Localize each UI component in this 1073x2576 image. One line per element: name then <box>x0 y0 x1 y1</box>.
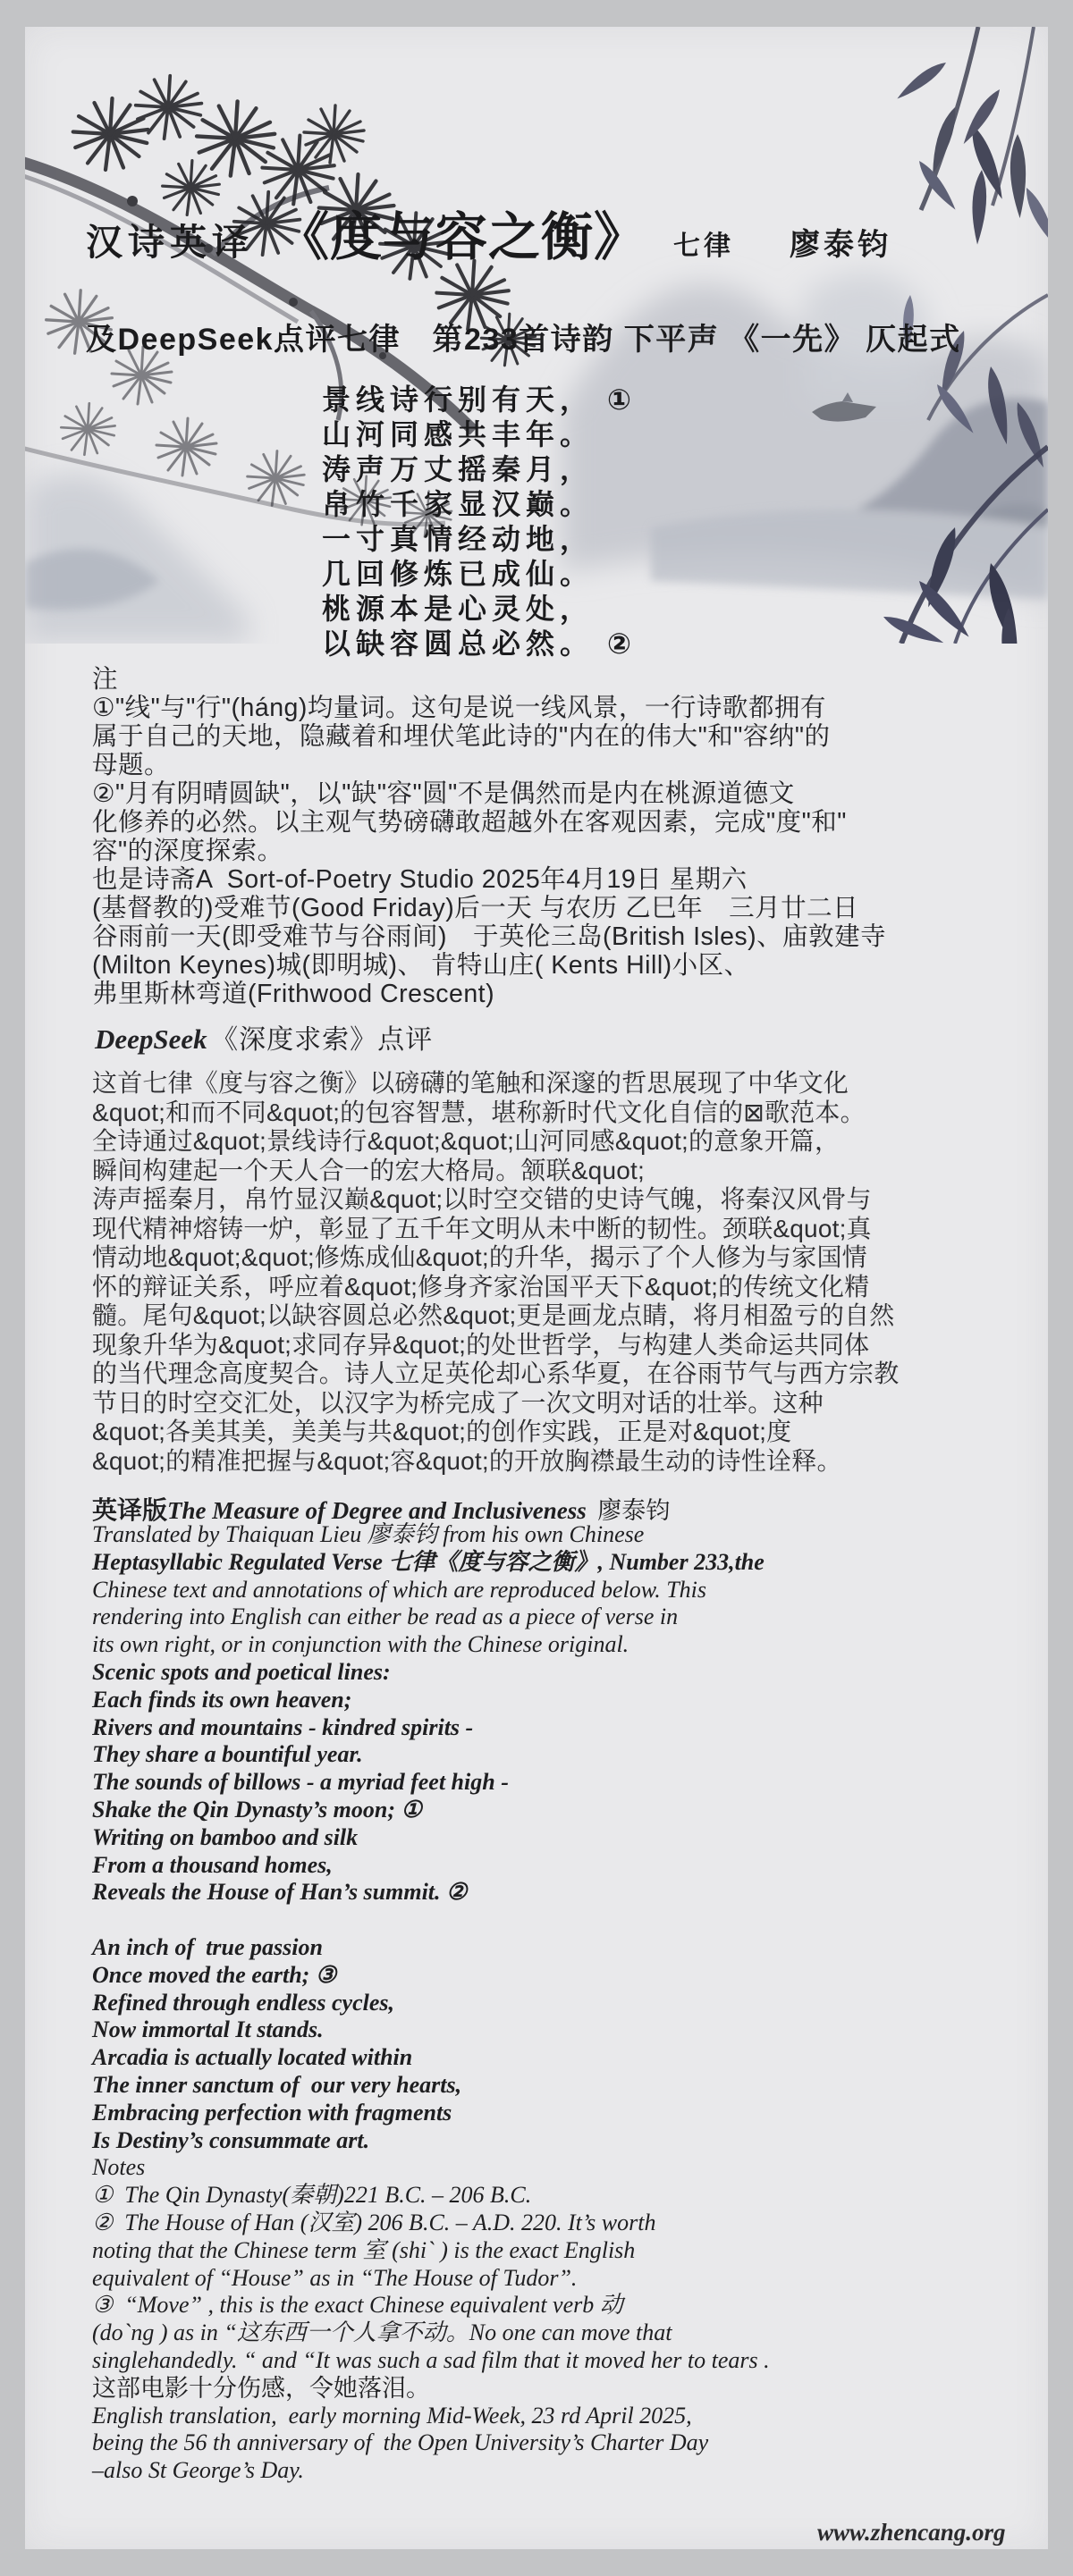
left-hills <box>25 473 249 644</box>
note-line: 谷雨前一天(即受难节与谷雨间) 于英伦三岛(British Isles)、庙敦建… <box>92 922 1004 951</box>
note-line: ②"月有阴晴圆缺"，以"缺"容"圆"不是偶然而是内在桃源道德文 <box>92 779 1004 808</box>
left-hill-ridge <box>25 549 159 610</box>
page-title: 汉诗英译 《度与容之衡》 七律 廖泰钧 <box>86 195 891 270</box>
chinese-notes: 注①"线"与"行"(háng)均量词。这句是说一线风景，一行诗歌都拥有属于自己的… <box>92 665 1004 1008</box>
bamboo-top-right <box>892 27 1048 250</box>
english-translation: Translated by Thaiquan Lieu 廖泰钧 from his… <box>92 1521 1013 2485</box>
commentary-line: 节日的时空交汇处，以汉字为桥完成了一次文明对话的壮举。这种 <box>92 1389 1013 1418</box>
commentary-line: &quot;的精准把握与&quot;容&quot;的开放胸襟最生动的诗性诠释。 <box>92 1447 1013 1477</box>
commentary-line: 怀的辩证关系，呼应着&quot;修身齐家治国平天下&quot;的传统文化精 <box>92 1273 1013 1302</box>
deepseek-heading: DeepSeek 《深度求索》点评 <box>95 1017 433 1056</box>
commentary-line: 全诗通过&quot;景线诗行&quot;&quot;山河同感&quot;的意象开… <box>92 1127 1013 1157</box>
english-line: Notes <box>92 2154 1013 2182</box>
commentary-line: 这首七律《度与容之衡》以磅礴的笔触和深邃的哲思展现了中华文化 <box>92 1069 1013 1099</box>
commentary-line: 情动地&quot;&quot;修炼成仙&quot;的升华，揭示了个人修为与家国情 <box>92 1243 1013 1273</box>
english-line: From a thousand homes, <box>92 1852 1013 1880</box>
english-line: ③ “Move” , this is the exact Chinese equ… <box>92 2292 1013 2319</box>
english-line: noting that the Chinese term 室 (shi` ) i… <box>92 2237 1013 2265</box>
document-page: 汉诗英译 《度与容之衡》 七律 廖泰钧 及DeepSeek点评七律 第233首诗… <box>25 27 1048 2549</box>
english-line: (do`ng ) as in “这东西一个人拿不动。No one can mov… <box>92 2319 1013 2347</box>
translation-title-en: The Measure of Degree and Inclusiveness <box>167 1497 587 1524</box>
title-author: 廖泰钧 <box>790 220 891 264</box>
poem-line: 一寸真情经动地， <box>322 522 637 557</box>
english-line: English translation, early morning Mid-W… <box>92 2403 1013 2430</box>
english-line: rendering into English can either be rea… <box>92 1604 1013 1631</box>
commentary-line: 现象升华为&quot;求同存异&quot;的处世哲学，与构建人类命运共同体 <box>92 1331 1013 1360</box>
english-line: Embracing perfection with fragments <box>92 2100 1013 2127</box>
deepseek-commentary: 这首七律《度与容之衡》以磅礴的笔触和深邃的哲思展现了中华文化&quot;和而不同… <box>92 1069 1013 1476</box>
poem-line: 山河同感共丰年。 <box>322 417 637 452</box>
commentary-line: 瞬间构建起一个天人合一的宏大格局。颔联&quot; <box>92 1157 1013 1186</box>
note-line: 属于自己的天地，隐藏着和埋伏笔此诗的"内在的伟大"和"容纳"的 <box>92 722 1004 751</box>
note-line: 母题。 <box>92 751 1004 779</box>
chinese-poem: 景线诗行别有天， ①山河同感共丰年。涛声万丈摇秦月，帛竹千家显汉巅。一寸真情经动… <box>322 383 637 661</box>
commentary-line: 髓。尾句&quot;以缺容圆总必然&quot;更是画龙点睛，将月相盈亏的自然 <box>92 1301 1013 1331</box>
note-line: 化修养的必然。以主观气势磅礴敢超越外在客观因素，完成"度"和" <box>92 808 1004 837</box>
english-line: Arcadia is actually located within <box>92 2044 1013 2072</box>
deepseek-brand: DeepSeek <box>95 1023 207 1055</box>
english-line: Is Destiny’s consummate art. <box>92 2127 1013 2155</box>
english-line: Scenic spots and poetical lines: <box>92 1659 1013 1687</box>
english-line: ① The Qin Dynasty(秦朝)221 B.C. – 206 B.C. <box>92 2182 1013 2210</box>
screenshot-root: { "header": { "prefix": "汉诗英译", "book_ti… <box>0 0 1073 2576</box>
commentary-line: 现代精神熔铸一炉，彰显了五千年文明从未中断的韧性。颈联&quot;真 <box>92 1215 1013 1244</box>
english-line: Translated by Thaiquan Lieu 廖泰钧 from his… <box>92 1521 1013 1549</box>
english-line: Reveals the House of Han’s summit. ② <box>92 1879 1013 1907</box>
english-line: Now immortal It stands. <box>92 2016 1013 2044</box>
deepseek-heading-cn: 《深度求索》点评 <box>211 1025 433 1055</box>
english-line: Each finds its own heaven; <box>92 1687 1013 1714</box>
note-line: 容"的深度探索。 <box>92 837 1004 865</box>
subtitle: 及DeepSeek点评七律 第233首诗韵 下平声 《一先》 仄起式 <box>86 315 961 358</box>
english-line: Chinese text and annotations of which ar… <box>92 1577 1013 1604</box>
english-line: being the 56 th anniversary of the Open … <box>92 2429 1013 2457</box>
bamboo-bottom-right <box>882 447 1048 644</box>
english-line: equivalent of “House” as in “The House o… <box>92 2265 1013 2293</box>
translation-author: 廖泰钧 <box>597 1497 670 1524</box>
english-line: Once moved the earth; ③ <box>92 1962 1013 1990</box>
poem-line: 桃源本是心灵处， <box>322 592 637 627</box>
note-line: (基督教的)受难节(Good Friday)后一天 与农历 乙巳年 三月廿二日 <box>92 894 1004 922</box>
poem-line: 帛竹千家显汉巅。 <box>322 487 637 522</box>
english-line: ② The House of Han (汉室) 206 B.C. – A.D. … <box>92 2210 1013 2237</box>
note-line: 弗里斯林弯道(Frithwood Crescent) <box>92 980 1004 1008</box>
commentary-line: 的当代理念高度契合。诗人立足英伦却心系华夏，在谷雨节气与西方宗教 <box>92 1360 1013 1389</box>
english-line: Writing on bamboo and silk <box>92 1824 1013 1852</box>
boat <box>812 392 876 422</box>
note-line: ①"线"与"行"(háng)均量词。这句是说一线风景，一行诗歌都拥有 <box>92 694 1004 722</box>
english-line: The sounds of billows - a myriad feet hi… <box>92 1769 1013 1797</box>
poem-line: 涛声万丈摇秦月， <box>322 452 637 487</box>
site-url: www.zhencang.org <box>817 2519 1006 2547</box>
english-line: 这部电影十分伤感，令她落泪。 <box>92 2375 1013 2403</box>
commentary-line: 涛声摇秦月，帛竹显汉巅&quot;以时空交错的史诗气魄，将秦汉风骨与 <box>92 1185 1013 1215</box>
english-line: They share a bountiful year. <box>92 1741 1013 1769</box>
english-line: Rivers and mountains - kindred spirits - <box>92 1714 1013 1742</box>
note-line: 注 <box>92 665 1004 694</box>
title-book: 《度与容之衡》 <box>277 195 646 270</box>
english-line: An inch of true passion <box>92 1934 1013 1962</box>
english-line: Refined through endless cycles, <box>92 1990 1013 2017</box>
english-line <box>92 1907 1013 1934</box>
note-line: 也是诗斋A Sort-of-Poetry Studio 2025年4月19日 星… <box>92 865 1004 894</box>
note-line: (Milton Keynes)城(即明城)、 肯特山庄( Kents Hill)… <box>92 951 1004 980</box>
poem-line: 以缺容圆总必然。 ② <box>322 627 637 661</box>
english-line: its own right, or in conjunction with th… <box>92 1631 1013 1659</box>
translation-label-cn: 英译版 <box>92 1496 167 1524</box>
title-form: 七律 <box>673 223 734 263</box>
poem-line: 几回修炼已成仙。 <box>322 557 637 592</box>
mountain-ridges <box>651 399 1048 599</box>
english-line: singlehandedly. “ and “It was such a sad… <box>92 2347 1013 2375</box>
english-line: The inner sanctum of our very hearts, <box>92 2072 1013 2100</box>
commentary-line: &quot;和而不同&quot;的包容智慧，堪称新时代文化自信的⊠歌范本。 <box>92 1099 1013 1128</box>
poem-line: 景线诗行别有天， ① <box>322 383 637 417</box>
english-line: –also St George’s Day. <box>92 2457 1013 2485</box>
english-line: Shake the Qin Dynasty’s moon; ① <box>92 1797 1013 1824</box>
english-line: Heptasyllabic Regulated Verse 七律《度与容之衡》,… <box>92 1549 1013 1577</box>
title-prefix: 汉诗英译 <box>86 213 254 265</box>
commentary-line: &quot;各美其美，美美与共&quot;的创作实践，正是对&quot;度 <box>92 1418 1013 1447</box>
